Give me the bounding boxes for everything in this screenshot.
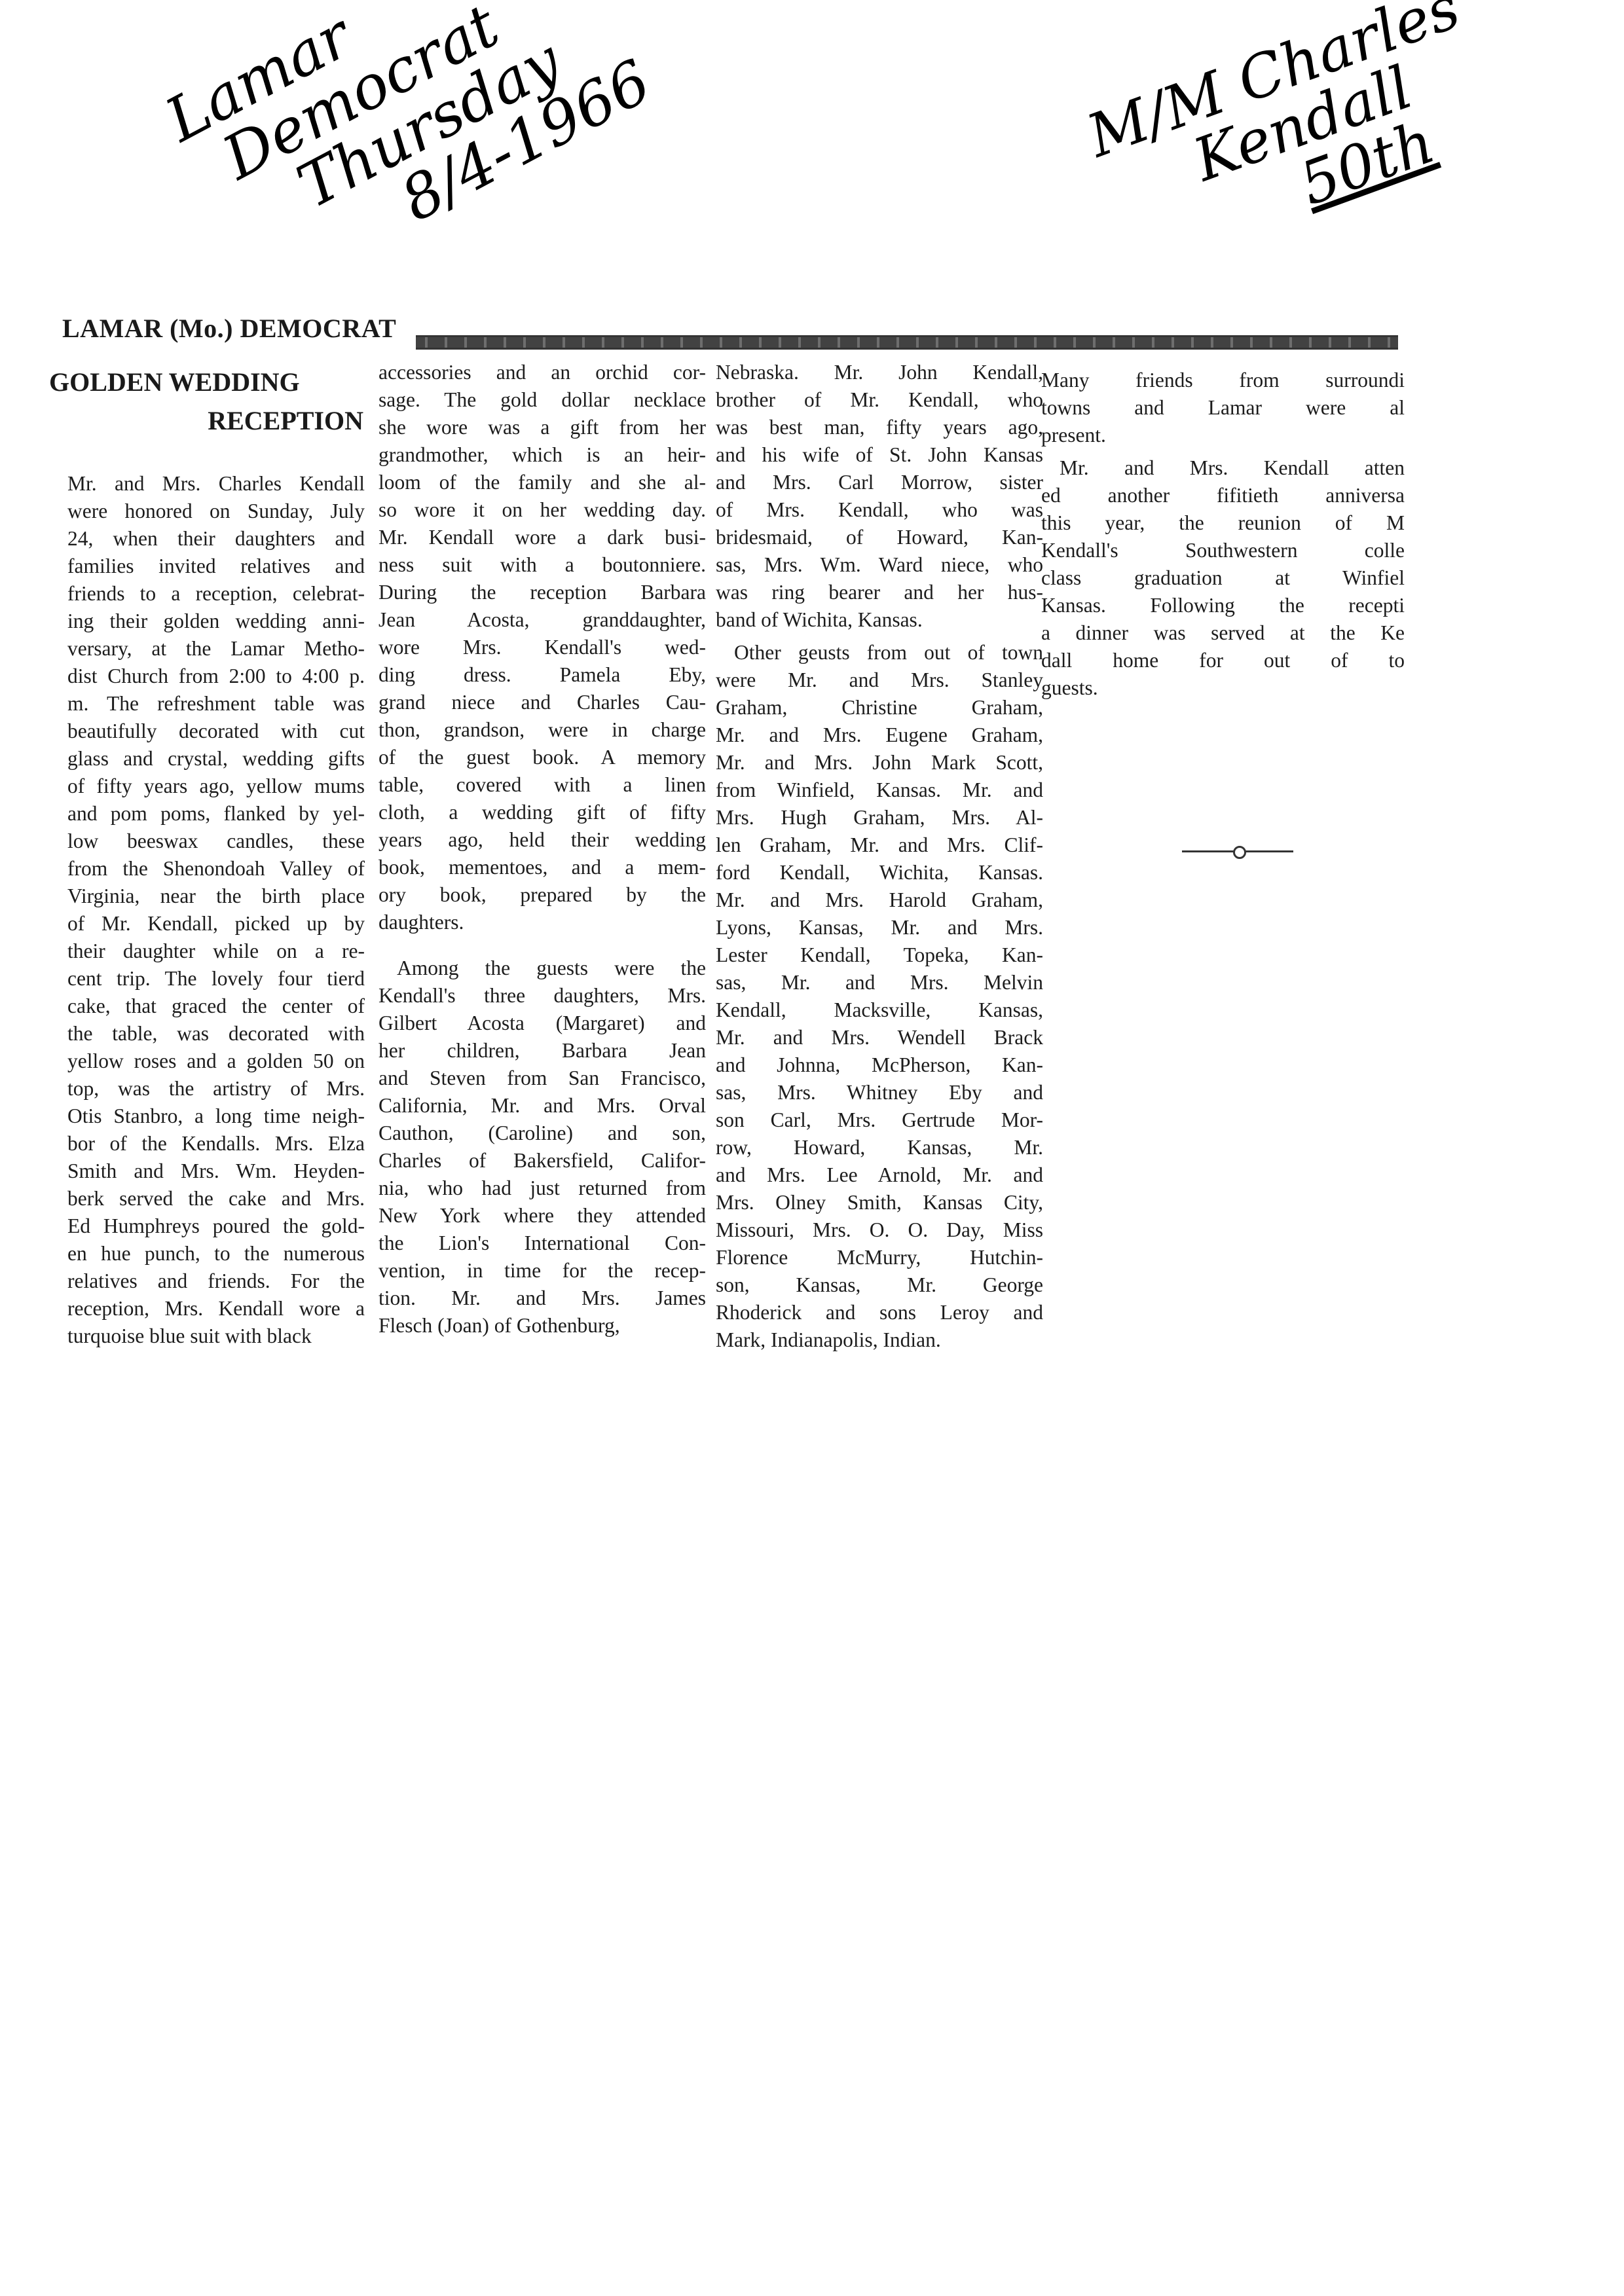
text-line: were honored on Sunday, July (49, 498, 365, 525)
text-line: this year, the reunion of M (1041, 509, 1405, 537)
text-line: a dinner was served at the Ke (1041, 619, 1405, 647)
text-line: grand niece and Charles Cau- (378, 689, 706, 716)
text-line: she wore was a gift from her (378, 414, 706, 441)
article-column-1: Mr. and Mrs. Charles Kendallwere honored… (49, 470, 365, 1350)
text-line: Graham, Christine Graham, (716, 694, 1043, 721)
text-line: turquoise blue suit with black (49, 1322, 365, 1350)
text-line: New York where they attended (378, 1202, 706, 1230)
text-line: Rhoderick and sons Leroy and (716, 1299, 1043, 1326)
text-line: and his wife of St. John Kansas (716, 441, 1043, 469)
text-line: len Graham, Mr. and Mrs. Clif- (716, 831, 1043, 859)
article-column-4: Many friends from surrounditowns and Lam… (1041, 367, 1405, 702)
article-paragraph: accessories and an orchid cor-sage. The … (378, 359, 706, 936)
text-line: and Mrs. Carl Morrow, sister (716, 469, 1043, 496)
text-line: Lester Kendall, Topeka, Kan- (716, 941, 1043, 969)
text-line: and Mrs. Lee Arnold, Mr. and (716, 1161, 1043, 1189)
text-line: California, Mr. and Mrs. Orval (378, 1092, 706, 1120)
text-line: Among the guests were the (378, 955, 706, 982)
text-line: sage. The gold dollar necklace (378, 386, 706, 414)
text-line: accessories and an orchid cor- (378, 359, 706, 386)
text-line: ing their golden wedding anni- (49, 608, 365, 635)
text-line: nia, who had just returned from (378, 1175, 706, 1202)
text-line: Florence McMurry, Hutchin- (716, 1244, 1043, 1271)
text-line: Mrs. Hugh Graham, Mrs. Al- (716, 804, 1043, 831)
text-line: ford Kendall, Wichita, Kansas. (716, 859, 1043, 886)
text-line: sas, Mrs. Whitney Eby and (716, 1079, 1043, 1106)
text-line: bridesmaid, of Howard, Kan- (716, 524, 1043, 551)
text-line: Cauthon, (Caroline) and son, (378, 1120, 706, 1147)
text-line: Mr. and Mrs. Kendall atten (1041, 454, 1405, 482)
text-line: Nebraska. Mr. John Kendall, (716, 359, 1043, 386)
article-paragraph: Mr. and Mrs. Charles Kendallwere honored… (49, 470, 365, 1350)
text-line: cake, that graced the center of (49, 993, 365, 1020)
text-line: beautifully decorated with cut (49, 718, 365, 745)
text-line: top, was the artistry of Mrs. (49, 1075, 365, 1102)
text-line: towns and Lamar were al (1041, 394, 1405, 422)
text-line: from Winfield, Kansas. Mr. and (716, 776, 1043, 804)
text-line: row, Howard, Kansas, Mr. (716, 1134, 1043, 1161)
text-line: her children, Barbara Jean (378, 1037, 706, 1065)
text-line: of Mrs. Kendall, who was (716, 496, 1043, 524)
text-line: Flesch (Joan) of Gothenburg, (378, 1312, 706, 1339)
text-line: dist Church from 2:00 to 4:00 p. (49, 663, 365, 690)
text-line: Mr. and Mrs. Harold Graham, (716, 886, 1043, 914)
text-line: years ago, held their wedding (378, 826, 706, 854)
newspaper-masthead: LAMAR (Mo.) DEMOCRAT (62, 313, 396, 344)
handwritten-note-source: Lamar Democrat Thursday 8/4-1966 (157, 0, 659, 311)
text-line: Many friends from surroundi (1041, 367, 1405, 394)
text-line: band of Wichita, Kansas. (716, 606, 1043, 634)
text-line: relatives and friends. For the (49, 1267, 365, 1295)
text-line: Jean Acosta, granddaughter, (378, 606, 706, 634)
text-line: ness suit with a boutonniere. (378, 551, 706, 579)
text-line: versary, at the Lamar Metho- (49, 635, 365, 663)
text-line: Mr. and Mrs. John Mark Scott, (716, 749, 1043, 776)
text-line: cent trip. The lovely four tierd (49, 965, 365, 993)
text-line: Missouri, Mrs. O. O. Day, Miss (716, 1216, 1043, 1244)
text-line: grandmother, which is an heir- (378, 441, 706, 469)
text-line: reception, Mrs. Kendall wore a (49, 1295, 365, 1322)
text-line: of the guest book. A memory (378, 744, 706, 771)
decorative-rule (416, 335, 1398, 350)
text-line: their daughter while on a re- (49, 938, 365, 965)
article-headline: GOLDEN WEDDING RECEPTION (49, 367, 363, 436)
text-line: ding dress. Pamela Eby, (378, 661, 706, 689)
text-line: berk served the cake and Mrs. (49, 1185, 365, 1212)
text-line: friends to a reception, celebrat- (49, 580, 365, 608)
text-line: Kansas. Following the recepti (1041, 592, 1405, 619)
text-line: the Lion's International Con- (378, 1230, 706, 1257)
text-line: Mrs. Olney Smith, Kansas City, (716, 1189, 1043, 1216)
text-line: 24, when their daughters and (49, 525, 365, 553)
text-line: ory book, prepared by the (378, 881, 706, 909)
text-line: brother of Mr. Kendall, who (716, 386, 1043, 414)
article-paragraph: Among the guests were theKendall's three… (378, 955, 706, 1339)
text-line: so wore it on her wedding day. (378, 496, 706, 524)
text-line: wore Mrs. Kendall's wed- (378, 634, 706, 661)
text-line: thon, grandson, were in charge (378, 716, 706, 744)
text-line: Mr. Kendall wore a dark busi- (378, 524, 706, 551)
text-line: guests. (1041, 674, 1405, 702)
article-column-3: Nebraska. Mr. John Kendall,brother of Mr… (716, 359, 1043, 1354)
text-line: During the reception Barbara (378, 579, 706, 606)
text-line: Gilbert Acosta (Margaret) and (378, 1010, 706, 1037)
text-line: ed another fifitieth anniversa (1041, 482, 1405, 509)
text-line: was ring bearer and her hus- (716, 579, 1043, 606)
text-line: table, covered with a linen (378, 771, 706, 799)
text-line: vention, in time for the recep- (378, 1257, 706, 1285)
text-line: the table, was decorated with (49, 1020, 365, 1048)
text-line: loom of the family and she al- (378, 469, 706, 496)
text-line: low beeswax candles, these (49, 828, 365, 855)
text-line: and Steven from San Francisco, (378, 1065, 706, 1092)
headline-line: RECEPTION (49, 405, 363, 436)
text-line: Kendall, Macksville, Kansas, (716, 996, 1043, 1024)
text-line: families invited relatives and (49, 553, 365, 580)
text-line: of Mr. Kendall, picked up by (49, 910, 365, 938)
text-line: tion. Mr. and Mrs. James (378, 1285, 706, 1312)
text-line: Virginia, near the birth place (49, 883, 365, 910)
text-line: from the Shenondoah Valley of (49, 855, 365, 883)
article-paragraph: Many friends from surrounditowns and Lam… (1041, 367, 1405, 449)
end-ornament-icon (1182, 845, 1293, 858)
text-line: m. The refreshment table was (49, 690, 365, 718)
text-line: Smith and Mrs. Wm. Heyden- (49, 1157, 365, 1185)
text-line: bor of the Kendalls. Mrs. Elza (49, 1130, 365, 1157)
text-line: class graduation at Winfiel (1041, 564, 1405, 592)
text-line: were Mr. and Mrs. Stanley (716, 666, 1043, 694)
text-line: glass and crystal, wedding gifts (49, 745, 365, 773)
text-line: Mr. and Mrs. Wendell Brack (716, 1024, 1043, 1051)
article-paragraph: Other geusts from out of townwere Mr. an… (716, 639, 1043, 1354)
text-line: and Johnna, McPherson, Kan- (716, 1051, 1043, 1079)
text-line: of fifty years ago, yellow mums (49, 773, 365, 800)
text-line: was best man, fifty years ago, (716, 414, 1043, 441)
text-line: Ed Humphreys poured the gold- (49, 1212, 365, 1240)
text-line: daughters. (378, 909, 706, 936)
text-line: present. (1041, 422, 1405, 449)
text-line: Mr. and Mrs. Charles Kendall (49, 470, 365, 498)
text-line: sas, Mrs. Wm. Ward niece, who (716, 551, 1043, 579)
text-line: Otis Stanbro, a long time neigh- (49, 1102, 365, 1130)
handwritten-note-subject: M/M Charles Kendall 50th (1080, 0, 1507, 278)
article-paragraph: Nebraska. Mr. John Kendall,brother of Mr… (716, 359, 1043, 634)
text-line: Lyons, Kansas, Mr. and Mrs. (716, 914, 1043, 941)
text-line: sas, Mr. and Mrs. Melvin (716, 969, 1043, 996)
text-line: book, mementoes, and a mem- (378, 854, 706, 881)
text-line: Kendall's three daughters, Mrs. (378, 982, 706, 1010)
text-line: Other geusts from out of town (716, 639, 1043, 666)
text-line: yellow roses and a golden 50 on (49, 1048, 365, 1075)
text-line: Charles of Bakersfield, Califor- (378, 1147, 706, 1175)
text-line: Mark, Indianapolis, Indian. (716, 1326, 1043, 1354)
headline-line: GOLDEN WEDDING (49, 367, 363, 397)
article-paragraph: Mr. and Mrs. Kendall attened another fif… (1041, 454, 1405, 702)
text-line: dall home for out of to (1041, 647, 1405, 674)
text-line: cloth, a wedding gift of fifty (378, 799, 706, 826)
article-column-2: accessories and an orchid cor-sage. The … (378, 359, 706, 1339)
text-line: Mr. and Mrs. Eugene Graham, (716, 721, 1043, 749)
text-line: and pom poms, flanked by yel- (49, 800, 365, 828)
text-line: son Carl, Mrs. Gertrude Mor- (716, 1106, 1043, 1134)
text-line: en hue punch, to the numerous (49, 1240, 365, 1267)
text-line: son, Kansas, Mr. George (716, 1271, 1043, 1299)
text-line: Kendall's Southwestern colle (1041, 537, 1405, 564)
